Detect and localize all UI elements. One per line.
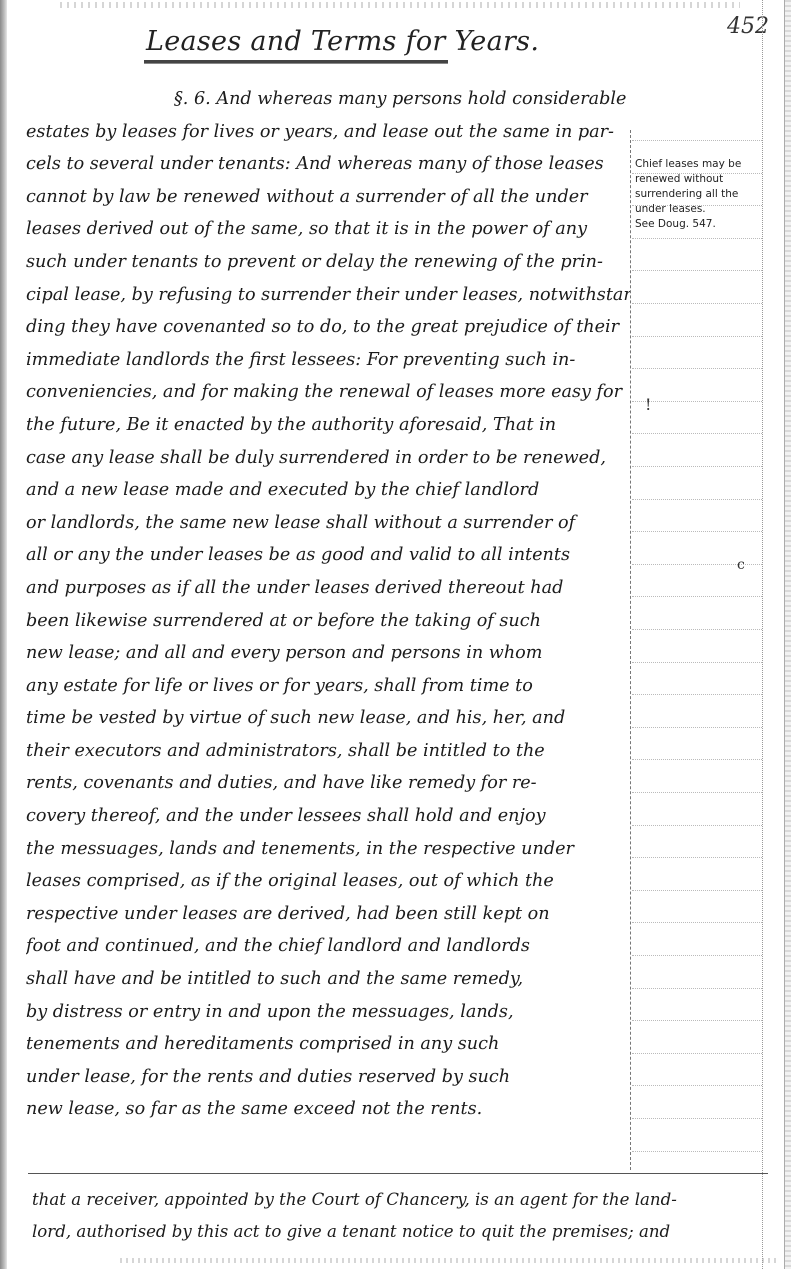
ruled-line: [632, 336, 762, 337]
text-line: by distress or entry in and upon the mes…: [26, 996, 630, 1029]
margin-note: Chief leases may berenewed withoutsurren…: [635, 157, 763, 232]
ruled-line: [632, 270, 762, 271]
text-line: time be vested by virtue of such new lea…: [26, 702, 630, 735]
text-line: leases derived out of the same, so that …: [26, 213, 630, 246]
page-edge-rule: [784, 0, 785, 1269]
ruled-line: [632, 955, 762, 956]
ruled-line: [632, 825, 762, 826]
text-line: all or any the under leases be as good a…: [26, 539, 630, 572]
ruled-line: [632, 792, 762, 793]
text-line: cels to several under tenants: And where…: [26, 148, 630, 181]
text-line: the future, Be it enacted by the authori…: [26, 409, 630, 442]
text-line: that a receiver, appointed by the Court …: [32, 1184, 772, 1216]
margin-mark: c: [737, 557, 745, 573]
scan-noise-top: [60, 2, 740, 8]
ruled-line: [632, 1118, 762, 1119]
ruled-line: [632, 629, 762, 630]
ruled-line: [632, 140, 762, 141]
ruled-line: [632, 401, 762, 402]
ruled-line: [632, 303, 762, 304]
margin-column-rule: [630, 130, 631, 1170]
scan-right-edge: [785, 0, 791, 1269]
margin-note-line: renewed without: [635, 172, 763, 187]
text-line: case any lease shall be duly surrendered…: [26, 442, 630, 475]
page-heading: Leases and Terms for Years.: [146, 26, 539, 57]
ruled-line: [632, 857, 762, 858]
text-line: §. 6. And whereas many persons hold cons…: [26, 83, 630, 116]
text-line: leases comprised, as if the original lea…: [26, 865, 630, 898]
text-line: conveniencies, and for making the renewa…: [26, 376, 630, 409]
ruled-line: [632, 1020, 762, 1021]
text-line: ding they have covenanted so to do, to t…: [26, 311, 630, 344]
footnote-divider: [28, 1173, 768, 1174]
text-line: lord, authorised by this act to give a t…: [32, 1216, 772, 1248]
text-line: cipal lease, by refusing to surrender th…: [26, 279, 630, 312]
main-text: §. 6. And whereas many persons hold cons…: [26, 83, 630, 1126]
ruled-line: [632, 1085, 762, 1086]
ruled-line: [632, 466, 762, 467]
ruled-line: [632, 531, 762, 532]
text-line: such under tenants to prevent or delay t…: [26, 246, 630, 279]
ruled-line: [632, 662, 762, 663]
scan-noise-bottom: [120, 1258, 780, 1263]
text-line: respective under leases are derived, had…: [26, 898, 630, 931]
margin-note-line: Chief leases may be: [635, 157, 763, 172]
ruled-line: [632, 890, 762, 891]
text-line: any estate for life or lives or for year…: [26, 670, 630, 703]
ruled-line: [632, 694, 762, 695]
ruled-line: [632, 1053, 762, 1054]
ruled-line: [632, 238, 762, 239]
ruled-line: [632, 596, 762, 597]
ruled-line: [632, 759, 762, 760]
text-line: covery thereof, and the under lessees sh…: [26, 800, 630, 833]
text-line: foot and continued, and the chief landlo…: [26, 930, 630, 963]
margin-note-line: surrendering all the: [635, 187, 763, 202]
text-line: new lease, so far as the same exceed not…: [26, 1093, 630, 1126]
text-line: under lease, for the rents and duties re…: [26, 1061, 630, 1094]
heading-underline: [144, 60, 448, 64]
ruled-line: [632, 988, 762, 989]
text-line: new lease; and all and every person and …: [26, 637, 630, 670]
ruled-line: [632, 368, 762, 369]
ruled-line: [632, 727, 762, 728]
margin-note-line: under leases.: [635, 202, 763, 217]
text-line: immediate landlords the first lessees: F…: [26, 344, 630, 377]
text-line: estates by leases for lives or years, an…: [26, 116, 630, 149]
scan-left-edge: [0, 0, 7, 1269]
text-line: and purposes as if all the under leases …: [26, 572, 630, 605]
margin-mark: !: [645, 395, 651, 414]
ruled-line: [632, 433, 762, 434]
ruled-line: [632, 1151, 762, 1152]
text-line: the messuages, lands and tenements, in t…: [26, 833, 630, 866]
text-line: been likewise surrendered at or before t…: [26, 605, 630, 638]
ruled-line: [632, 922, 762, 923]
text-line: cannot by law be renewed without a surre…: [26, 181, 630, 214]
text-line: and a new lease made and executed by the…: [26, 474, 630, 507]
footnote-text: that a receiver, appointed by the Court …: [32, 1184, 772, 1248]
ruled-line: [632, 499, 762, 500]
text-line: shall have and be intitled to such and t…: [26, 963, 630, 996]
text-line: rents, covenants and duties, and have li…: [26, 767, 630, 800]
text-line: or landlords, the same new lease shall w…: [26, 507, 630, 540]
text-line: tenements and hereditaments comprised in…: [26, 1028, 630, 1061]
margin-note-line: See Doug. 547.: [635, 217, 763, 232]
text-line: their executors and administrators, shal…: [26, 735, 630, 768]
